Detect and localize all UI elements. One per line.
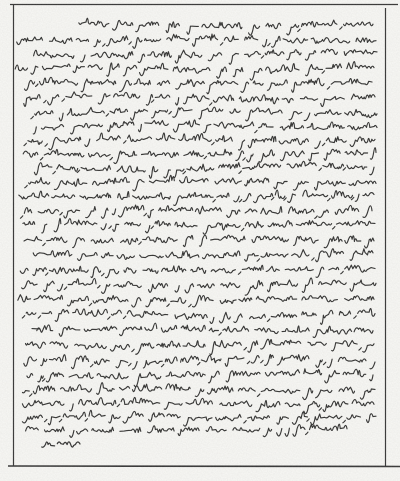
- scan-grain-overlay: [0, 0, 400, 481]
- manuscript-scan: [0, 0, 400, 481]
- manuscript-page-svg: [0, 0, 400, 481]
